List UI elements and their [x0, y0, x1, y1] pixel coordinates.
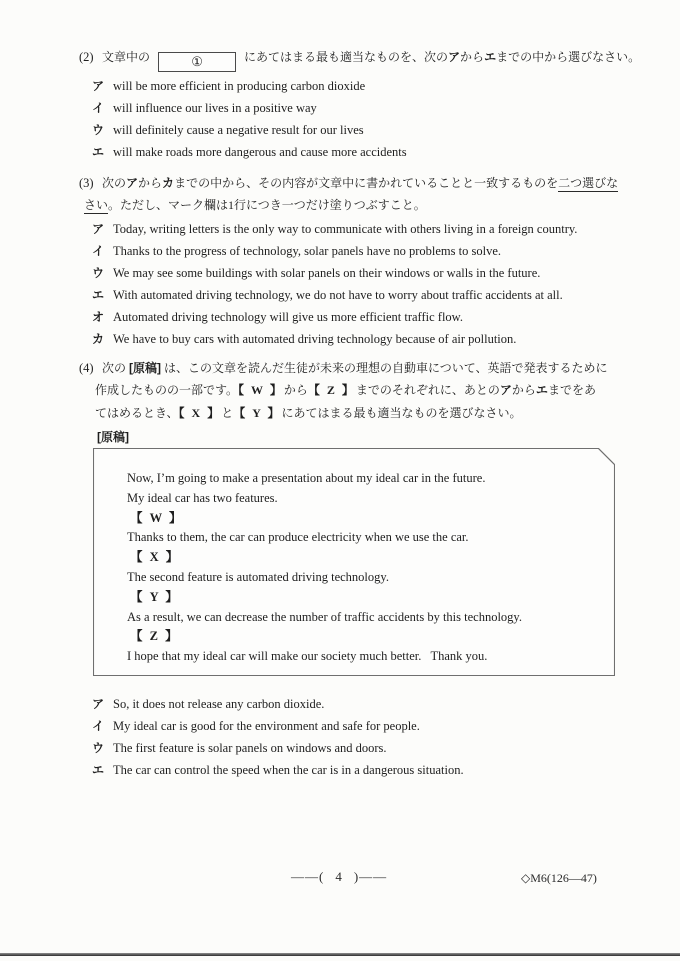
q4-prompt-line2-mid2: までのそれぞれに、あとの	[356, 383, 500, 397]
document-code: ◇M6(126—47)	[521, 871, 597, 886]
q3-option-u: ウWe may see some buildings with solar pa…	[92, 265, 540, 282]
q4-prompt-line3-mid: と	[221, 406, 233, 420]
question-3-label: (3)	[79, 175, 97, 191]
q2-prompt-post2: までの中から選びなさい。	[496, 50, 640, 64]
manuscript-line: The second feature is automated driving …	[127, 568, 601, 588]
footer-dash-right: )——	[354, 869, 387, 884]
footer-dash-left: ——(	[291, 869, 324, 884]
q4-option-i-text: My ideal car is good for the environment…	[113, 719, 420, 733]
q3-option-i: イThanks to the progress of technology, s…	[92, 243, 501, 260]
q3-option-a: アToday, writing letters is the only way …	[92, 221, 577, 238]
q4-option-a: アSo, it does not release any carbon diox…	[92, 696, 324, 713]
q3-underlined-sai: さい	[84, 198, 108, 214]
q2-option-e-text: will make roads more dangerous and cause…	[113, 145, 407, 159]
manuscript-box: Now, I’m going to make a presentation ab…	[93, 448, 615, 676]
circled-1-symbol: ①	[191, 54, 203, 69]
q2-kana-from: ア	[448, 50, 460, 64]
q3-option-o: オAutomated driving technology will give …	[92, 309, 463, 326]
q2-option-e: エwill make roads more dangerous and caus…	[92, 144, 407, 161]
manuscript-label: [原稿]	[97, 428, 129, 445]
q4-prompt-line2-pre: 作成したものの一部です。	[95, 383, 238, 397]
question-2-prompt-line: (2)文章中の①にあてはまる最も適当なものを、次のアからエまでの中から選びなさい…	[79, 49, 640, 72]
q2-answer-blank-box: ①	[158, 52, 236, 72]
q3-kana-from: ア	[126, 176, 138, 190]
question-3-prompt-line2: さい。ただし、マーク欄は1行につき一つだけ塗りつぶすこと。	[84, 198, 426, 214]
q4-bracket-y: 【 Y 】	[233, 406, 281, 420]
q3-option-ka: カWe have to buy cars with automated driv…	[92, 331, 516, 348]
q4-kana-to: エ	[536, 383, 548, 397]
q4-prompt-line2-mid1: から	[284, 383, 308, 397]
q3-option-ka-text: We have to buy cars with automated drivi…	[113, 332, 516, 346]
q4-option-i: イMy ideal car is good for the environmen…	[92, 718, 420, 735]
q3-prompt-line2-rest: 。ただし、マーク欄は1行につき一つだけ塗りつぶすこと。	[108, 198, 426, 212]
q2-prompt-post1: にあてはまる最も適当なものを、次の	[244, 50, 448, 64]
q4-option-e-marker: エ	[92, 763, 105, 779]
q3-option-e-marker: エ	[92, 288, 105, 304]
q4-prompt-pre: 次の	[102, 361, 126, 375]
q4-option-e: エThe car can control the speed when the …	[92, 762, 464, 779]
manuscript-line: Now, I’m going to make a presentation ab…	[127, 469, 601, 489]
q3-prompt-body: までの中から、その内容が文章中に書かれていることと一致するものを	[174, 176, 558, 190]
q3-option-e: エWith automated driving technology, we d…	[92, 287, 563, 304]
q4-option-u: ウThe first feature is solar panels on wi…	[92, 740, 387, 757]
page-edge-line	[0, 953, 680, 956]
q3-option-i-text: Thanks to the progress of technology, so…	[113, 244, 501, 258]
manuscript-line: My ideal car has two features.	[127, 489, 601, 509]
q3-underlined-choose-two: 二つ選びな	[558, 176, 618, 192]
q4-option-u-marker: ウ	[92, 741, 105, 757]
q2-option-u-marker: ウ	[92, 123, 105, 139]
q4-genko-inline: [原稿]	[129, 361, 161, 375]
manuscript-blank-z: 【 Z 】	[127, 627, 601, 647]
q4-option-e-text: The car can control the speed when the c…	[113, 763, 464, 777]
q3-option-ka-marker: カ	[92, 332, 105, 348]
page-number: 4	[335, 869, 343, 885]
q3-option-a-marker: ア	[92, 222, 105, 238]
manuscript-blank-w: 【 W 】	[127, 509, 601, 529]
manuscript-blank-y: 【 Y 】	[127, 588, 601, 608]
q4-bracket-x: 【 X 】	[179, 406, 222, 420]
q2-option-i-marker: イ	[92, 101, 105, 117]
q2-option-a: アwill be more efficient in producing car…	[92, 78, 365, 95]
q3-option-o-text: Automated driving technology will give u…	[113, 310, 463, 324]
manuscript-line: As a result, we can decrease the number …	[127, 608, 601, 628]
q4-bracket-w: 【 W 】	[238, 383, 284, 397]
q3-option-u-text: We may see some buildings with solar pan…	[113, 266, 540, 280]
q2-option-u-text: will definitely cause a negative result …	[113, 123, 364, 137]
q4-prompt-line3-end: にあてはまる最も適当なものを選びなさい。	[281, 406, 521, 420]
page-number-footer: ——(4)——	[291, 869, 387, 885]
q2-option-i-text: will influence our lives in a positive w…	[113, 101, 317, 115]
q2-option-a-text: will be more efficient in producing carb…	[113, 79, 365, 93]
q4-kana-from: ア	[500, 383, 512, 397]
q4-option-a-text: So, it does not release any carbon dioxi…	[113, 697, 324, 711]
q2-option-a-marker: ア	[92, 79, 105, 95]
manuscript-line: Thanks to them, the car can produce elec…	[127, 528, 601, 548]
q3-option-a-text: Today, writing letters is the only way t…	[113, 222, 577, 236]
q4-prompt-line3-pre: てはめるとき、	[95, 406, 179, 420]
q3-option-u-marker: ウ	[92, 266, 105, 282]
manuscript-line: I hope that my ideal car will make our s…	[127, 647, 601, 667]
q3-prompt-mid1: から	[138, 176, 162, 190]
q4-option-u-text: The first feature is solar panels on win…	[113, 741, 387, 755]
q2-option-i: イwill influence our lives in a positive …	[92, 100, 317, 117]
q2-prompt-pre: 文章中の	[102, 50, 150, 64]
q2-kana-to: エ	[484, 50, 496, 64]
q2-prompt-mid: から	[460, 50, 484, 64]
q2-option-u: ウwill definitely cause a negative result…	[92, 122, 364, 139]
q4-option-i-marker: イ	[92, 719, 105, 735]
question-4-label: (4)	[79, 360, 97, 376]
q4-prompt-line1-rest: は、この文章を読んだ生徒が未来の理想の自動車について、英語で発表するために	[164, 361, 608, 375]
q3-option-i-marker: イ	[92, 244, 105, 260]
q4-prompt-line2-mid3: から	[512, 383, 536, 397]
manuscript-blank-x: 【 X 】	[127, 548, 601, 568]
question-4-prompt-line1: (4)次の [原稿] は、この文章を読んだ生徒が未来の理想の自動車について、英語…	[79, 360, 608, 377]
manuscript-text: Now, I’m going to make a presentation ab…	[93, 448, 615, 667]
question-3-prompt-line1: (3)次のアからカまでの中から、その内容が文章中に書かれていることと一致するもの…	[79, 175, 618, 192]
q3-kana-to: カ	[162, 176, 174, 190]
q4-bracket-z: 【 Z 】	[308, 383, 356, 397]
question-2-label: (2)	[79, 49, 97, 65]
q2-option-e-marker: エ	[92, 145, 105, 161]
question-4-prompt-line3: てはめるとき、【 X 】と【 Y 】にあてはまる最も適当なものを選びなさい。	[95, 406, 521, 422]
q4-option-a-marker: ア	[92, 697, 105, 713]
q4-prompt-line2-end: までをあ	[548, 383, 596, 397]
q3-prompt-pre: 次の	[102, 176, 126, 190]
q3-option-o-marker: オ	[92, 310, 105, 326]
question-4-prompt-line2: 作成したものの一部です。【 W 】から【 Z 】までのそれぞれに、あとのアからエ…	[95, 383, 596, 399]
q3-option-e-text: With automated driving technology, we do…	[113, 288, 563, 302]
